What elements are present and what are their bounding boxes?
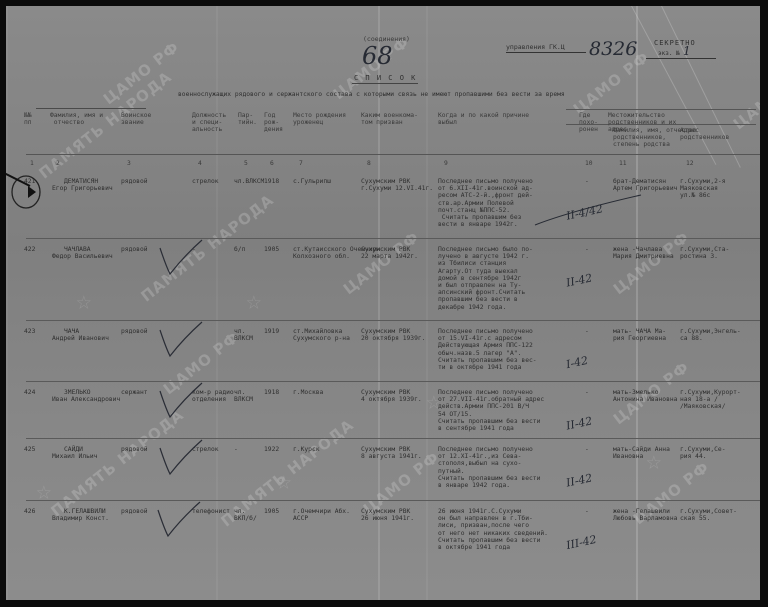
column-header-12: Адрес родственников [680,127,729,141]
column-number: 12 [686,160,694,167]
watermark-star-icon: ☆ [76,286,92,316]
cell-rank: рядовой [121,446,148,453]
column-header-9: Когда и по какой причине выбыл [438,112,529,126]
unit-underline [506,52,586,53]
cell-address: г.Сухуми,Совет- ская 55. [680,508,737,522]
cell-name: Иван Александрович [52,396,120,403]
cell-fate: Последнее письмо получено от 27.VII-41г.… [438,389,544,432]
cell-rank: рядовой [121,246,148,253]
cell-birthplace: с.Гульрипш [293,178,331,185]
cell-fate: Последнее письмо получено от 6.XII-41г.в… [438,178,533,228]
column-header-6: Год рож- дения [264,112,283,134]
cell-name: Егор Григорьевич [52,185,113,192]
cell-name: Михаил Ильич [52,453,98,460]
cell-party: чл.ВЛКСМ [234,178,264,185]
cell-n: 421 [24,178,35,185]
list-title: С П И С О К [354,75,417,82]
circled-annotation-icon [6,168,52,213]
cell-party: чл. ВЛКСМ [234,328,253,342]
secret-underline [646,58,716,59]
cell-buried: - [585,389,589,396]
column-header-7: Место рождения уроженец [293,112,346,126]
column-number: 4 [198,160,202,167]
watermark-star-icon: ☆ [36,476,52,506]
cell-party: чл. ВКП/б/ [234,508,257,522]
watermark-text: ЦАМО РФ [161,329,242,397]
cell-fate: Последнее письмо было по- лучено в авгус… [438,246,533,311]
cell-name: Андрей Иванович [52,335,109,342]
cell-draft: Сухумским РВК 22 марта 1942г. [361,246,418,260]
row-divider [26,238,760,239]
cell-n: 423 [24,328,35,335]
column-group-header: Местожительство родственников и их адрес [608,112,676,134]
cell-party: чл. ВЛКСМ [234,389,253,403]
cell-year: 1905 [264,246,279,253]
cell-address: г.Сухуми,Курорт- ная 18-а / /Маяковская/ [680,389,741,411]
title-underline [352,83,418,84]
cell-year: 1919 [264,328,279,335]
cell-position: стрелок [192,446,219,453]
cell-position: - [192,246,196,253]
cell-year: 1918 [264,389,279,396]
column-number: 2 [56,160,60,167]
column-number: 7 [299,160,303,167]
cell-relatives: мать-Сайди Анна Ивановна [613,446,670,460]
cell-birthplace: г.Москва [293,389,323,396]
cell-relatives: жена -Гелашвили Любовь Варламовна [613,508,677,522]
cell-party: - [234,446,238,453]
handwritten-mark: II-42 [565,414,594,432]
column-number: 5 [244,160,248,167]
column-number: 8 [367,160,371,167]
cell-draft: Сухумским РВК 4 октября 1939г. [361,389,422,403]
handwritten-mark: II-42 [565,271,594,289]
cell-fate: Последнее письмо получено от 15.VI-41г.с… [438,328,537,371]
cell-birthplace: г.Очемчири Абх. АССР [293,508,350,522]
check-mark-icon [156,318,206,363]
row-divider [26,500,760,501]
document-sheet: ПАМЯТЬ НАРОДАЦАМО РФЦАМО РФЦАМО РФПАМЯТЬ… [6,6,760,600]
cell-draft: Сухумским РВК г.Сухуми 12.VI.41г. [361,178,433,192]
cell-rank: сержант [121,389,148,396]
cell-n: 425 [24,446,35,453]
cell-draft: Сухумским РВК 26 июня 1941г. [361,508,414,522]
cell-buried: - [585,178,589,185]
handwritten-mark: I-42 [565,354,589,371]
handwritten-document-number: 8326 [589,38,637,60]
cell-relatives: мать- ЧАЧА Ма- рия Георгиевна [613,328,666,342]
watermark-star-icon: ☆ [246,286,262,316]
cell-buried: - [585,328,589,335]
unit-label: управления ГК.Ц [506,44,565,51]
column-header-4: Должность и специ- альность [192,112,226,134]
cell-fate: Последнее письмо получено от 12.XI-41г.,… [438,446,540,489]
cell-address: г.Сухуми,2-я Маяковская ул.№ 86с [680,178,726,200]
cell-rank: рядовой [121,178,148,185]
rule [566,109,756,110]
cell-buried: - [585,246,589,253]
column-number: 3 [127,160,131,167]
row-divider [26,381,760,382]
cell-birthplace: ст.Михайловка Сухумского р-на [293,328,350,342]
handwritten-mark: III-42 [565,533,598,552]
cell-draft: Сухумским РВК 20 октября 1939г. [361,328,425,342]
watermark-text: ЦАМО РФ [341,229,422,297]
cell-position: телефонист [192,508,230,515]
check-mark-icon [156,436,206,481]
cell-draft: Сухумским РВК 8 августа 1941г. [361,446,422,460]
cell-rank: рядовой [121,508,148,515]
rule [36,108,146,109]
handwritten-mark: II-42 [565,471,594,489]
cell-address: г.Сухуми,Ста- ростина 3. [680,246,729,260]
cell-party: б/п [234,246,245,253]
column-header-10: Где похо- ронен [579,112,598,134]
cell-year: 1922 [264,446,279,453]
cell-buried: - [585,508,589,515]
cell-rank: рядовой [121,328,148,335]
list-description: военнослужащих рядового и сержантского с… [178,91,565,98]
watermark-text: ЦАМО РФ [611,229,692,297]
column-header-3: Воинское звание [121,112,151,126]
cell-name: Владимир Конст. [52,515,109,522]
column-number: 10 [585,160,593,167]
cell-n: 422 [24,246,35,253]
cell-position: стрелок [192,178,219,185]
handwritten-page-number: 68 [362,42,393,70]
header-bottom-rule [26,154,760,155]
check-mark-icon [156,236,206,281]
cell-n: 426 [24,508,35,515]
copy-label: экз. № [658,50,680,57]
row-divider [26,438,760,439]
check-mark-icon [154,498,204,543]
column-number: 9 [444,160,448,167]
cell-year: 1918 [264,178,279,185]
watermark-star-icon: ☆ [276,466,292,496]
watermark-text: ПАМЯТЬ НАРОДА [49,407,187,519]
column-header-1: №№ пп [24,112,32,126]
cell-relatives: мать-Змелько Антонина Ивановна [613,389,677,403]
watermark-text: ЦАМО РФ [731,64,760,132]
handwritten-mark: II-4/42 [565,202,604,222]
watermark-text: ПАМЯТЬ НАРОДА [139,192,277,304]
cell-birthplace: г.Курск [293,446,320,453]
handwritten-copy-number: 1 [683,44,691,58]
cell-name: Федор Васильевич [52,253,113,260]
row-divider [26,320,760,321]
cell-n: 424 [24,389,35,396]
cell-position: ком-р радио отделения [192,389,234,403]
cell-relatives: жена -Чачлава Мария Дмитриевна [613,246,674,260]
column-header-5: Пар- тийн. [238,112,257,126]
cell-address: г.Сухуми,Се- рия 44. [680,446,726,460]
column-header-2: Фамилия, имя и отчество [50,112,103,126]
cell-fate: 26 июня 1941г.С.Сухуми он был направлен … [438,508,548,551]
column-number: 1 [30,160,34,167]
cell-year: 1905 [264,508,279,515]
cell-buried: - [585,446,589,453]
column-number: 6 [270,160,274,167]
cell-relatives: брат-Дематисян Артем Григорьевич [613,178,677,192]
watermark-text: ЦАМО РФ [101,39,182,107]
cell-address: г.Сухуми,Энгель- са 88. [680,328,741,342]
column-number: 11 [619,160,627,167]
column-header-8: Каким военкома- том призван [361,112,418,126]
